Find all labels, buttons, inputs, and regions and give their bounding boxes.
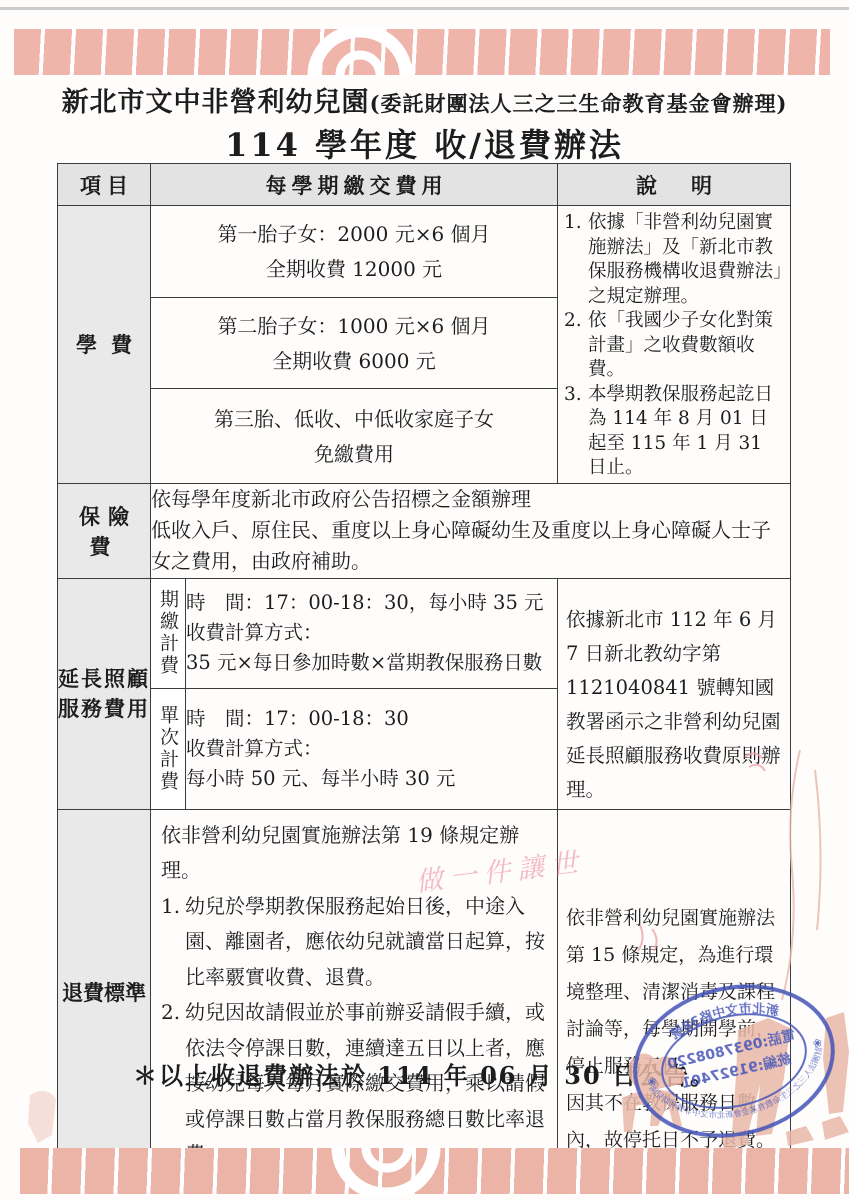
insurance-row: 保險費 依每學年度新北市政府公告招標之金額辦理 低收入戶、原住民、重度以上身心障… — [58, 483, 791, 578]
tuition-label: 學費 — [62, 332, 146, 357]
extended-periodic-row: 延長照顧服務費用 期繳計費 時 間：17：00-18：30，每小時 35 元 收… — [58, 578, 791, 688]
refund-item-1: 1.幼兒於學期教保服務起始日後，中途入園、離園者，應依幼兒就讀當日起算，按比率覈… — [161, 889, 551, 996]
tier2-line1: 第二胎子女：1000 元×6 個月 — [151, 309, 557, 344]
tuition-note-2: 2.依「我國少子女化對策計畫」之收費數額收費。 — [564, 309, 786, 383]
tier2-line2: 全期收費 6000 元 — [151, 344, 557, 379]
tuition-note-1: 1.依據「非營利幼兒園實施辦法」及「新北市教保服務機構收退費辦法」之規定辦理。 — [564, 211, 786, 309]
tuition-tier1-cell: 第一胎子女：2000 元×6 個月全期收費 12000 元 — [151, 206, 558, 298]
single-calc: 每小時 50 元、每半小時 30 元 — [186, 764, 557, 794]
header-fee: 每學期繳交費用 — [151, 164, 558, 206]
tier1-line2: 全期收費 12000 元 — [151, 252, 557, 287]
single-sublabel: 單次計費 — [151, 705, 185, 793]
stamp-flower-left-icon: ❀ — [812, 1036, 824, 1051]
refund-label: 退費標準 — [62, 980, 146, 1005]
extended-note: 依據新北市 112 年 6 月 7 日新北教幼字第 1121040841 號轉知… — [558, 579, 790, 809]
header-item: 項目 — [58, 164, 151, 206]
single-calc-label: 收費計算方式： — [186, 734, 557, 764]
page-subtitle: 114 學年度 收/退費辦法 — [0, 120, 849, 166]
insurance-line2: 低收入戶、原住民、重度以上身心障礙幼生及重度以上身心障礙人士子女之費用，由政府補… — [151, 515, 790, 577]
insurance-label: 保險費 — [71, 504, 137, 559]
insurance-content-cell: 依每學年度新北市政府公告招標之金額辦理 低收入戶、原住民、重度以上身心障礙幼生及… — [151, 483, 791, 578]
header-note: 說明 — [558, 164, 791, 206]
single-content-cell: 時 間：17：00-18：30 收費計算方式： 每小時 50 元、每半小時 30… — [186, 688, 558, 809]
tuition-note-3: 3.本學期教保服務起訖日為 114 年 8 月 01 日起至 115 年 1 月… — [564, 383, 786, 481]
insurance-label-cell: 保險費 — [58, 483, 151, 578]
tuition-tier2-cell: 第二胎子女：1000 元×6 個月全期收費 6000 元 — [151, 297, 558, 389]
valley-arch-icon — [20, 1148, 849, 1194]
insurance-line1: 依每學年度新北市政府公告招標之金額辦理 — [151, 484, 790, 515]
refund-label-cell: 退費標準 — [58, 809, 151, 1175]
top-decorative-band — [14, 29, 830, 75]
periodic-calc: 35 元×每日參加時數×當期教保服務日數 — [186, 648, 557, 678]
tuition-tier3-cell: 第三胎、低收、中低收家庭子女免繳費用 — [151, 389, 558, 483]
tuition-row-1: 學費 第一胎子女：2000 元×6 個月全期收費 12000 元 1.依據「非營… — [58, 206, 791, 298]
periodic-calc-label: 收費計算方式： — [186, 618, 557, 648]
title-suffix: (委託財團法人三之三生命教育基金會辦理) — [370, 91, 788, 116]
periodic-content-cell: 時 間：17：00-18：30，每小時 35 元 收費計算方式： 35 元×每日… — [186, 578, 558, 688]
tuition-label-cell: 學費 — [58, 206, 151, 484]
periodic-sublabel: 期繳計費 — [151, 589, 185, 677]
periodic-time: 時 間：17：00-18：30，每小時 35 元 — [186, 588, 557, 618]
tier3-line1: 第三胎、低收、中低收家庭子女 — [151, 402, 557, 437]
extended-label-line2: 服務費用 — [58, 694, 150, 724]
kindergarten-name: 新北市文中非營利幼兒園 — [62, 87, 370, 118]
tier3-line2: 免繳費用 — [151, 437, 557, 472]
document-page: 新北市文中非營利幼兒園(委託財團法人三之三生命教育基金會辦理) 114 學年度 … — [0, 0, 849, 1200]
extended-label-line1: 延長照顧 — [58, 664, 150, 694]
single-sublabel-cell: 單次計費 — [151, 688, 186, 809]
table-header-row: 項目 每學期繳交費用 說明 — [58, 164, 791, 206]
bottom-decorative-band — [20, 1148, 849, 1194]
extended-label-cell: 延長照顧服務費用 — [58, 578, 151, 809]
extended-note-cell: 依據新北市 112 年 6 月 7 日新北教幼字第 1121040841 號轉知… — [558, 578, 791, 809]
page-title: 新北市文中非營利幼兒園(委託財團法人三之三生命教育基金會辦理) — [0, 80, 849, 119]
tuition-notes-cell: 1.依據「非營利幼兒園實施辦法」及「新北市教保服務機構收退費辦法」之規定辦理。 … — [558, 206, 791, 484]
periodic-sublabel-cell: 期繳計費 — [151, 578, 186, 688]
tier1-line1: 第一胎子女：2000 元×6 個月 — [151, 217, 557, 252]
rainbow-arch-icon — [14, 29, 830, 75]
stamp-flower-right-icon: ❀ — [646, 1074, 658, 1089]
scan-artifact-line — [0, 7, 849, 10]
single-time: 時 間：17：00-18：30 — [186, 704, 557, 734]
